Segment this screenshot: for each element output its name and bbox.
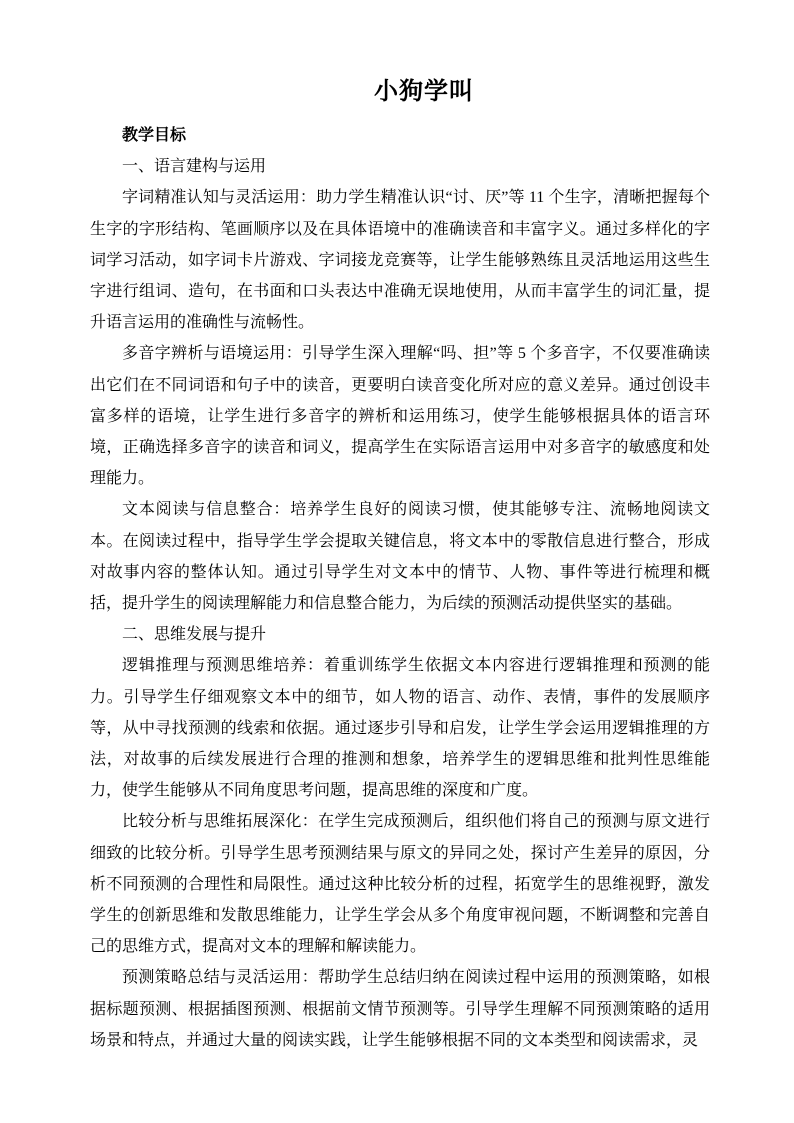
paragraph-word-recognition: 字词精准认知与灵活运用：助力学生精准认识“讨、厌”等 11 个生字，清晰把握每个… xyxy=(90,182,710,338)
paragraph-comparative-analysis: 比较分析与思维拓展深化：在学生完成预测后，组织他们将自己的预测与原文进行细致的比… xyxy=(90,806,710,962)
document-page: 小狗学叫 教学目标 一、语言建构与运用 字词精准认知与灵活运用：助力学生精准认识… xyxy=(0,0,794,1123)
paragraph-reading-integration: 文本阅读与信息整合：培养学生良好的阅读习惯，使其能够专注、流畅地阅读文本。在阅读… xyxy=(90,494,710,619)
subheading-language-construction: 一、语言建构与运用 xyxy=(90,151,710,182)
section-heading-teaching-objectives: 教学目标 xyxy=(90,120,710,151)
document-title: 小狗学叫 xyxy=(90,76,710,108)
paragraph-polyphone-analysis: 多音字辨析与语境运用：引导学生深入理解“吗、担”等 5 个多音字，不仅要准确读出… xyxy=(90,338,710,494)
paragraph-prediction-strategies: 预测策略总结与灵活运用：帮助学生总结归纳在阅读过程中运用的预测策略，如根据标题预… xyxy=(90,962,710,1056)
subheading-thinking-development: 二、思维发展与提升 xyxy=(90,619,710,650)
paragraph-logical-reasoning: 逻辑推理与预测思维培养：着重训练学生依据文本内容进行逻辑推理和预测的能力。引导学… xyxy=(90,650,710,806)
